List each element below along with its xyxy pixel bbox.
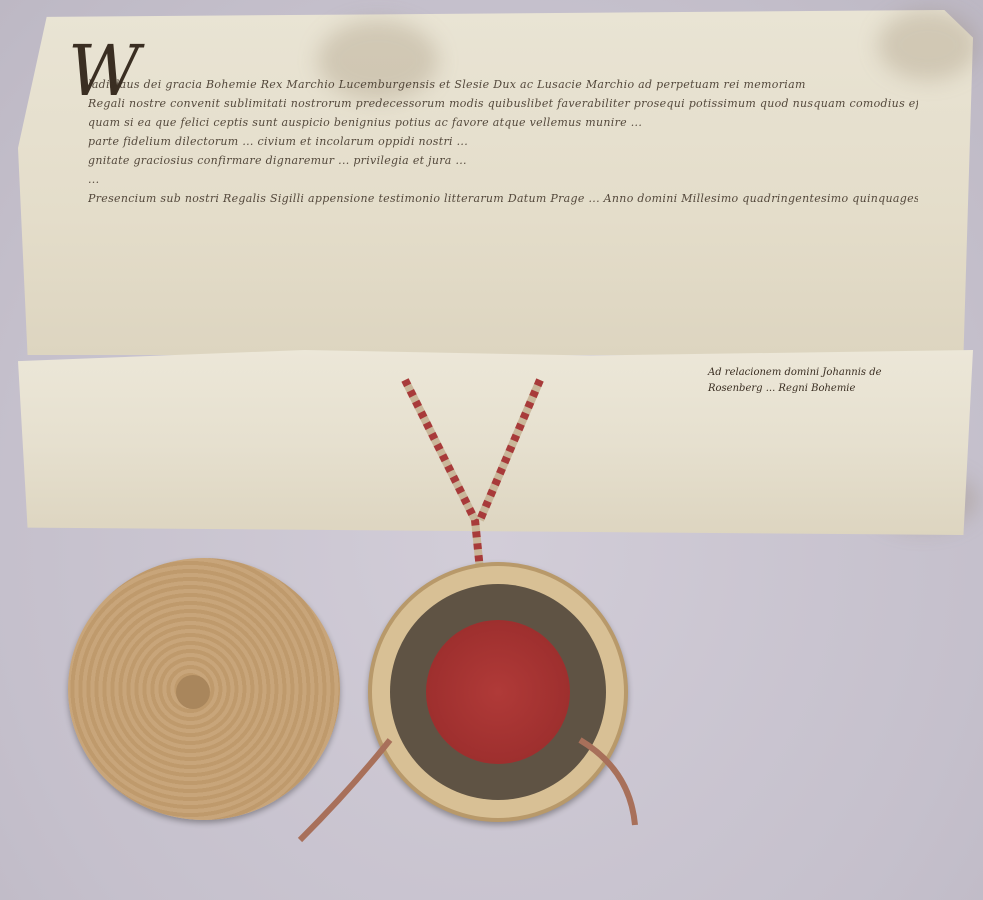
text-line: ladislaus dei gracia Bohemie Rex Marchio… (88, 75, 918, 94)
text-line: quam si ea que felici ceptis sunt auspic… (88, 113, 918, 132)
note-line: Rosenberg ... Regni Bohemie (708, 381, 882, 397)
stain (878, 10, 978, 80)
cord-tassels (280, 730, 680, 850)
text-line: ... (88, 170, 918, 189)
chancery-note: Ad relacionem domini Johannis de Rosenbe… (708, 365, 882, 397)
note-line: Ad relacionem domini Johannis de (708, 365, 882, 381)
text-line: parte fidelium dilectorum ... civium et … (88, 132, 918, 151)
text-line: Regali nostre convenit sublimitati nostr… (88, 94, 918, 113)
charter-text: ladislaus dei gracia Bohemie Rex Marchio… (88, 75, 918, 208)
capsule-lid-knob (176, 675, 210, 709)
text-line: gnitate graciosius confirmare dignaremur… (88, 151, 918, 170)
braided-cord (380, 370, 560, 590)
text-line: Presencium sub nostri Regalis Sigilli ap… (88, 189, 918, 208)
